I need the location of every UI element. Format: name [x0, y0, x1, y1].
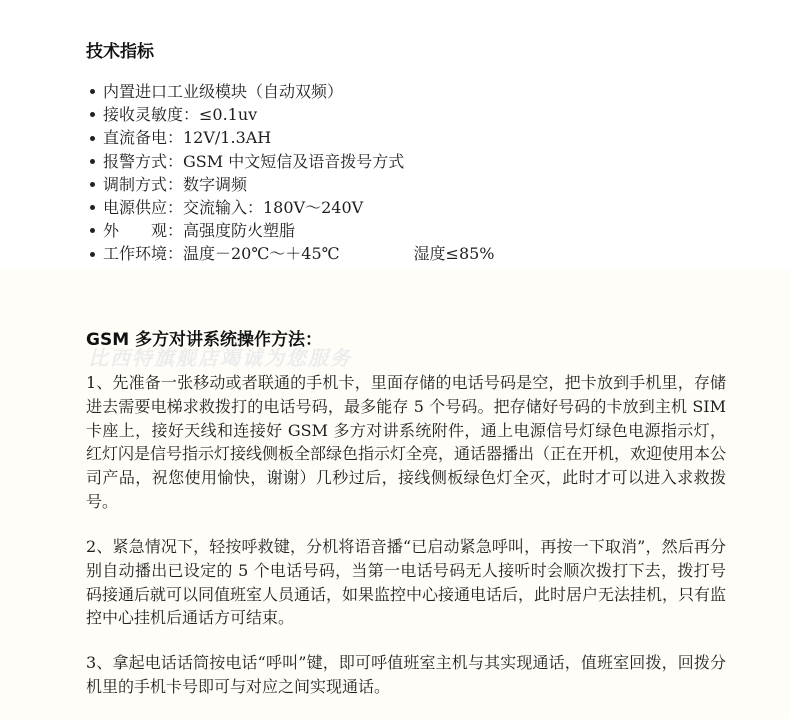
- spec-item-text: 外 观：高强度防火塑脂: [103, 219, 295, 242]
- spec-item-humidity: 湿度≤85%: [414, 242, 495, 265]
- method-section: GSM 多方对讲系统操作方法： 比西特旗舰店竭诚为您服务 1、先准备一张移动或者…: [0, 268, 790, 719]
- spec-item: 调制方式：数字调频: [86, 173, 495, 196]
- watermark: 比西特旗舰店竭诚为您服务: [88, 342, 352, 371]
- bullet-icon: [90, 205, 95, 210]
- bullet-icon: [90, 182, 95, 187]
- spec-heading: 技术指标: [86, 37, 154, 62]
- spec-item: 内置进口工业级模块（自动双频）: [86, 80, 495, 103]
- bullet-icon: [90, 252, 95, 257]
- bullet-icon: [90, 112, 95, 117]
- bullet-icon: [90, 159, 95, 164]
- spec-item: 电源供应：交流输入：180V～240V: [86, 196, 495, 219]
- method-step-1: 1、先准备一张移动或者联通的手机卡，里面存储的电话号码是空，把卡放到手机里，存储…: [86, 371, 726, 514]
- spec-item-text: 工作环境：温度－20℃～＋45℃: [103, 242, 340, 265]
- spec-item: 外 观：高强度防火塑脂: [86, 219, 495, 242]
- bullet-icon: [90, 89, 95, 94]
- bullet-icon: [90, 136, 95, 141]
- spec-item-text: 调制方式：数字调频: [103, 173, 247, 196]
- spec-item-text: 电源供应：交流输入：180V～240V: [103, 196, 363, 219]
- bullet-icon: [90, 228, 95, 233]
- spec-item-text: 接收灵敏度：≤0.1uv: [103, 103, 257, 126]
- spec-item: 工作环境：温度－20℃～＋45℃ 湿度≤85%: [86, 242, 495, 265]
- spec-item: 报警方式：GSM 中文短信及语音拨号方式: [86, 150, 495, 173]
- method-step-2: 2、紧急情况下，轻按呼救键，分机将语音播“已启动紧急呼叫，再按一下取消”，然后再…: [86, 535, 726, 630]
- spec-item: 接收灵敏度：≤0.1uv: [86, 103, 495, 126]
- spec-item-text: 内置进口工业级模块（自动双频）: [103, 80, 343, 103]
- spec-item-text: 报警方式：GSM 中文短信及语音拨号方式: [103, 150, 404, 173]
- spec-section: 技术指标 内置进口工业级模块（自动双频） 接收灵敏度：≤0.1uv 直流备电：1…: [0, 0, 790, 268]
- method-step-3: 3、拿起电话话筒按电话“呼叫”键，即可呼值班室主机与其实现通话，值班室回拨，回拨…: [86, 651, 726, 699]
- spec-item-text: 直流备电：12V/1.3AH: [103, 126, 271, 149]
- spec-list: 内置进口工业级模块（自动双频） 接收灵敏度：≤0.1uv 直流备电：12V/1.…: [86, 80, 495, 266]
- spec-item: 直流备电：12V/1.3AH: [86, 126, 495, 149]
